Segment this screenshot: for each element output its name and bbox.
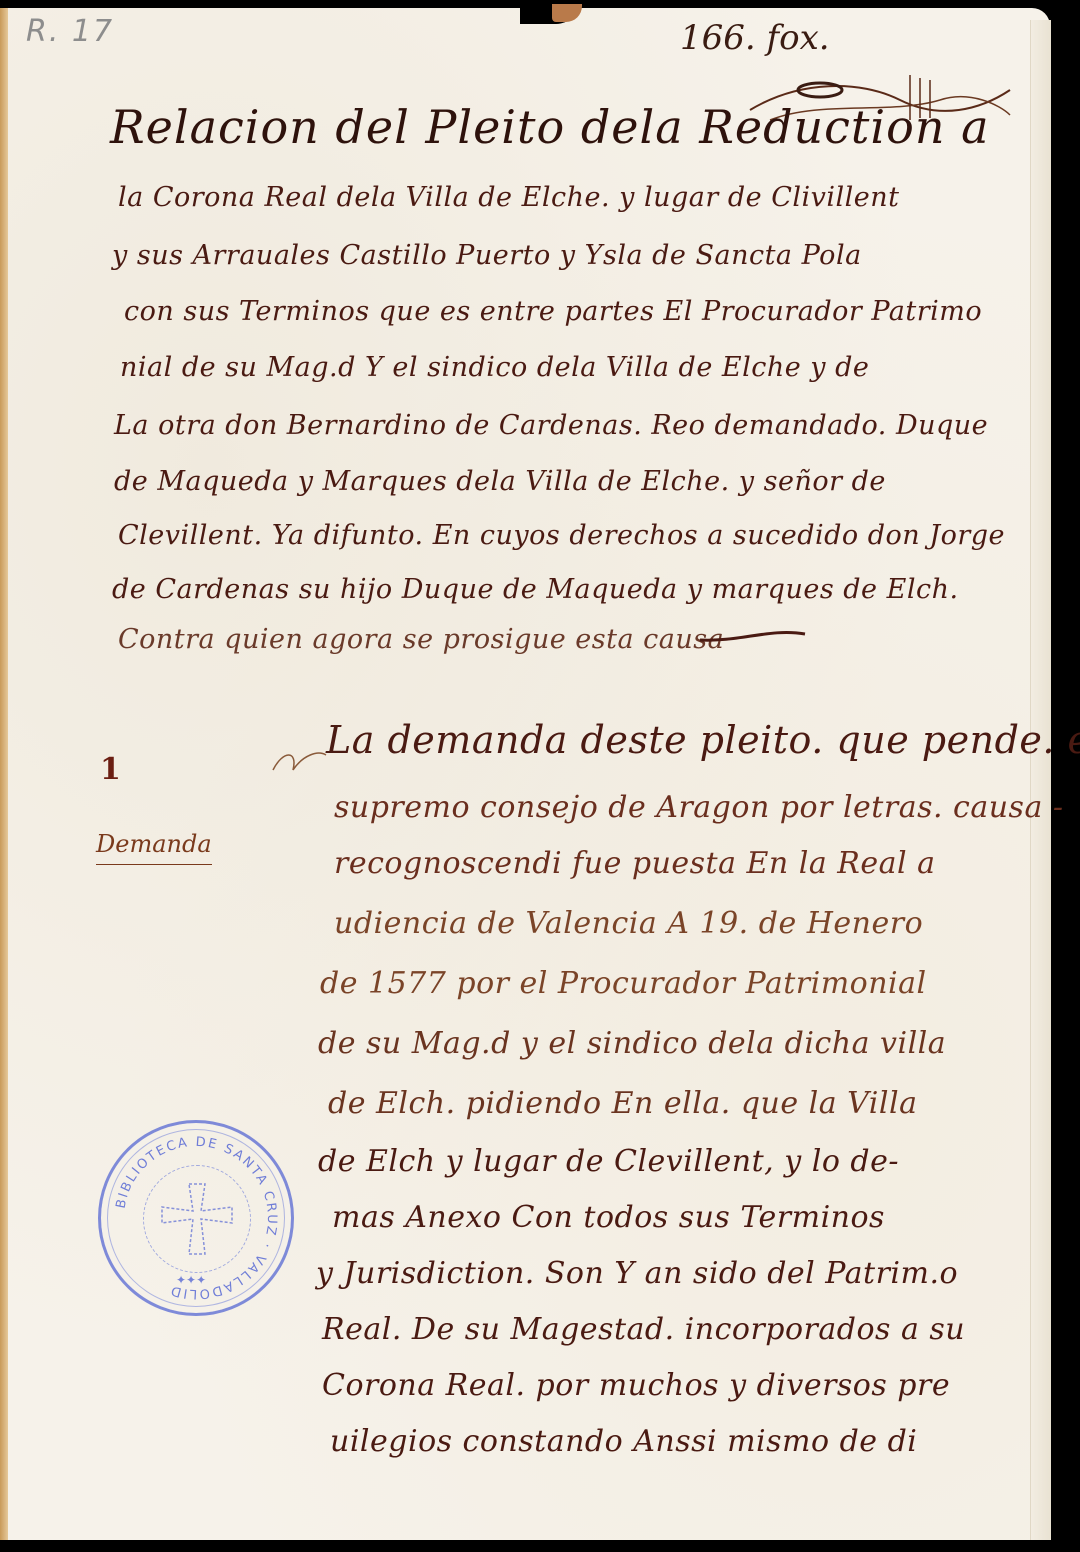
folio-number: 166. fox. [680, 18, 830, 58]
body-line: de su Mag.d y el sindico dela dicha vill… [318, 1026, 946, 1061]
heading-line: con sus Terminos que es entre partes El … [124, 296, 982, 327]
body-line: Corona Real. por muchos y diversos pre [322, 1368, 950, 1403]
heading-line: La otra don Bernardino de Cardenas. Reo … [114, 410, 988, 441]
body-line: La demanda deste pleito. que pende. en e… [326, 718, 1080, 762]
margin-note-demanda: Demanda [96, 830, 212, 865]
line-end-flourish-icon [700, 620, 810, 650]
shelfmark: R. 17 [26, 14, 114, 49]
heading-line: Contra quien agora se prosigue esta caus… [118, 624, 724, 655]
cross-pattee-icon [144, 1166, 250, 1272]
paragraph-mark-icon [268, 740, 328, 780]
heading-line: de Cardenas su hijo Duque de Maqueda y m… [112, 574, 959, 605]
page-right-edge [1030, 20, 1051, 1540]
body-line: mas Anexo Con todos sus Terminos [332, 1200, 885, 1235]
body-line: uilegios constando Anssi mismo de di [330, 1424, 917, 1459]
body-line: de 1577 por el Procurador Patrimonial [320, 966, 927, 1001]
body-line: Real. De su Magestad. incorporados a su [322, 1312, 965, 1347]
stamp-inner-ring [143, 1165, 251, 1273]
page-binding-edge [0, 8, 8, 1540]
body-line: de Elch. pidiendo En ella. que la Villa [328, 1086, 917, 1121]
stamp-bottom-mark: ✦✦✦ [176, 1273, 206, 1287]
heading-line: la Corona Real dela Villa de Elche. y lu… [118, 182, 900, 213]
body-line: de Elch y lugar de Clevillent, y lo de- [318, 1144, 899, 1179]
body-line: y Jurisdiction. Son Y an sido del Patrim… [316, 1256, 958, 1291]
body-line: recognoscendi fue puesta En la Real a [334, 846, 936, 881]
body-line: supremo consejo de Aragon por letras. ca… [334, 790, 1064, 825]
heading-line: de Maqueda y Marques dela Villa de Elche… [114, 466, 886, 497]
heading-line: Clevillent. Ya difunto. En cuyos derecho… [118, 520, 1005, 551]
body-line: udiencia de Valencia A 19. de Henero [334, 906, 923, 941]
document-title: Relacion del Pleito dela Reduction a [110, 100, 990, 154]
heading-line: nial de su Mag.d Y el sindico dela Villa… [120, 352, 869, 383]
library-stamp: BIBLIOTECA DE SANTA CRUZ · VALLADOLID ✦✦… [98, 1120, 294, 1316]
heading-line: y sus Arrauales Castillo Puerto y Ysla d… [112, 240, 862, 271]
margin-paragraph-number: 1 [100, 752, 121, 787]
